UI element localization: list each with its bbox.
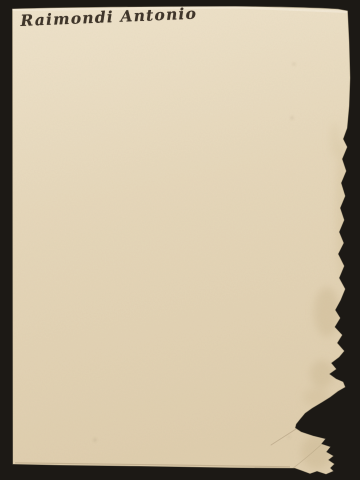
scanned-paper-svg xyxy=(0,0,360,480)
paper-surface-details xyxy=(0,0,360,480)
photo-frame: Raimondi Antonio xyxy=(0,0,360,480)
paper-grain-texture xyxy=(0,0,360,480)
